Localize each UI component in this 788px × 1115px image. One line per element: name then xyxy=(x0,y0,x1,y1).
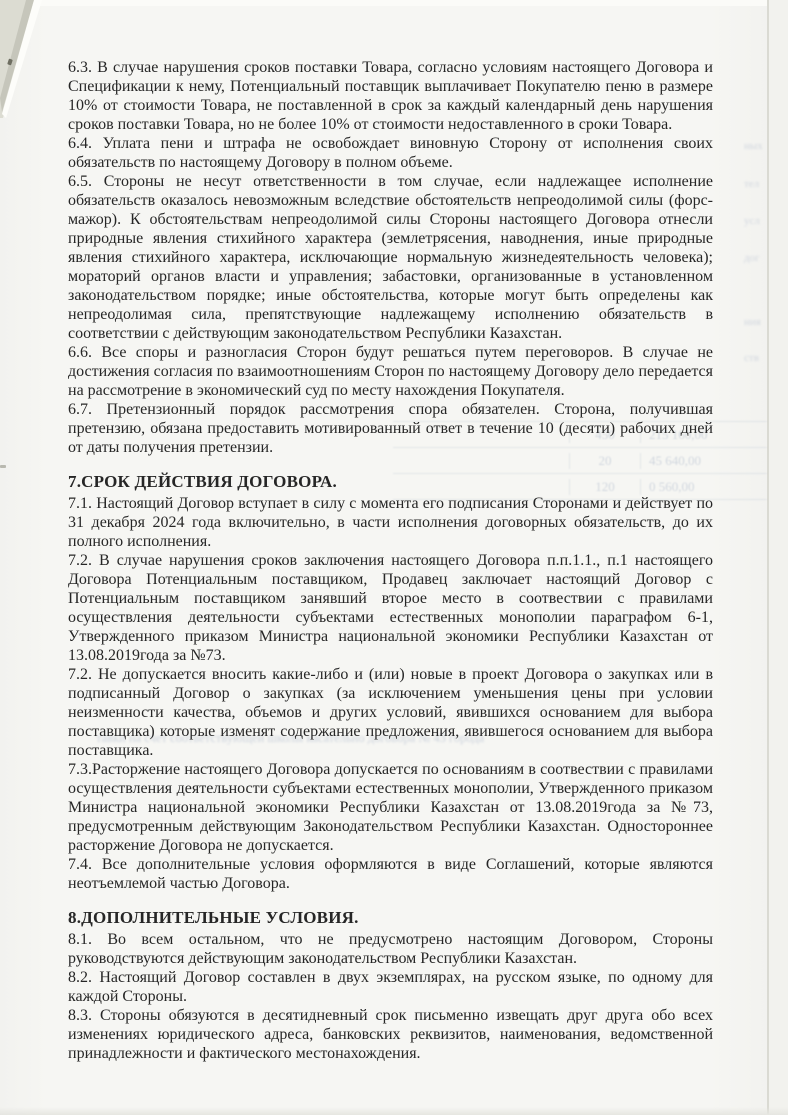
clause-8-2: 8.2. Настоящий Договор составлен в двух … xyxy=(68,968,713,1006)
clause-6-3: 6.3. В случае нарушения сроков поставки … xyxy=(68,58,713,134)
scan-top-edge xyxy=(0,0,788,6)
clause-6-5: 6.5. Стороны не несут ответственности в … xyxy=(68,172,713,343)
section-7-heading: 7.СРОК ДЕЙСТВИЯ ДОГОВОРА. xyxy=(68,471,713,493)
clause-6-4: 6.4. Уплата пени и штрафа не освобождает… xyxy=(68,134,713,172)
clause-8-1: 8.1. Во всем остальном, что не предусмот… xyxy=(68,930,713,968)
clause-7-2b: 7.2. Не допускается вносить какие-либо и… xyxy=(68,665,713,760)
clause-6-6: 6.6. Все споры и разногласия Сторон буду… xyxy=(68,343,713,400)
clause-7-3: 7.3.Расторжение настоящего Договора допу… xyxy=(68,760,713,855)
scanned-contract-page: 450 215 160,00 20 45 640,00 120 0 560,00… xyxy=(0,0,788,1115)
section-7-term: 7.СРОК ДЕЙСТВИЯ ДОГОВОРА. 7.1. Настоящий… xyxy=(68,471,713,893)
section-8-additional: 8.ДОПОЛНИТЕЛЬНЫЕ УСЛОВИЯ. 8.1. Во всем о… xyxy=(68,907,713,1063)
clause-7-1: 7.1. Настоящий Договор вступает в силу с… xyxy=(68,494,713,551)
clause-8-3: 8.3. Стороны обязуются в десятидневный с… xyxy=(68,1006,713,1063)
clause-6-7: 6.7. Претензионный порядок рассмотрения … xyxy=(68,400,713,457)
clause-7-4: 7.4. Все дополнительные условия оформляю… xyxy=(68,855,713,893)
scan-speck xyxy=(0,465,6,468)
contract-text-block: 6.3. В случае нарушения сроков поставки … xyxy=(68,58,713,1063)
clause-7-2a: 7.2. В случае нарушения сроков заключени… xyxy=(68,551,713,665)
section-6-liability: 6.3. В случае нарушения сроков поставки … xyxy=(68,58,713,457)
section-8-heading: 8.ДОПОЛНИТЕЛЬНЫЕ УСЛОВИЯ. xyxy=(68,907,713,929)
scan-bottom-edge xyxy=(0,1107,788,1115)
scan-right-margin xyxy=(769,0,788,1115)
